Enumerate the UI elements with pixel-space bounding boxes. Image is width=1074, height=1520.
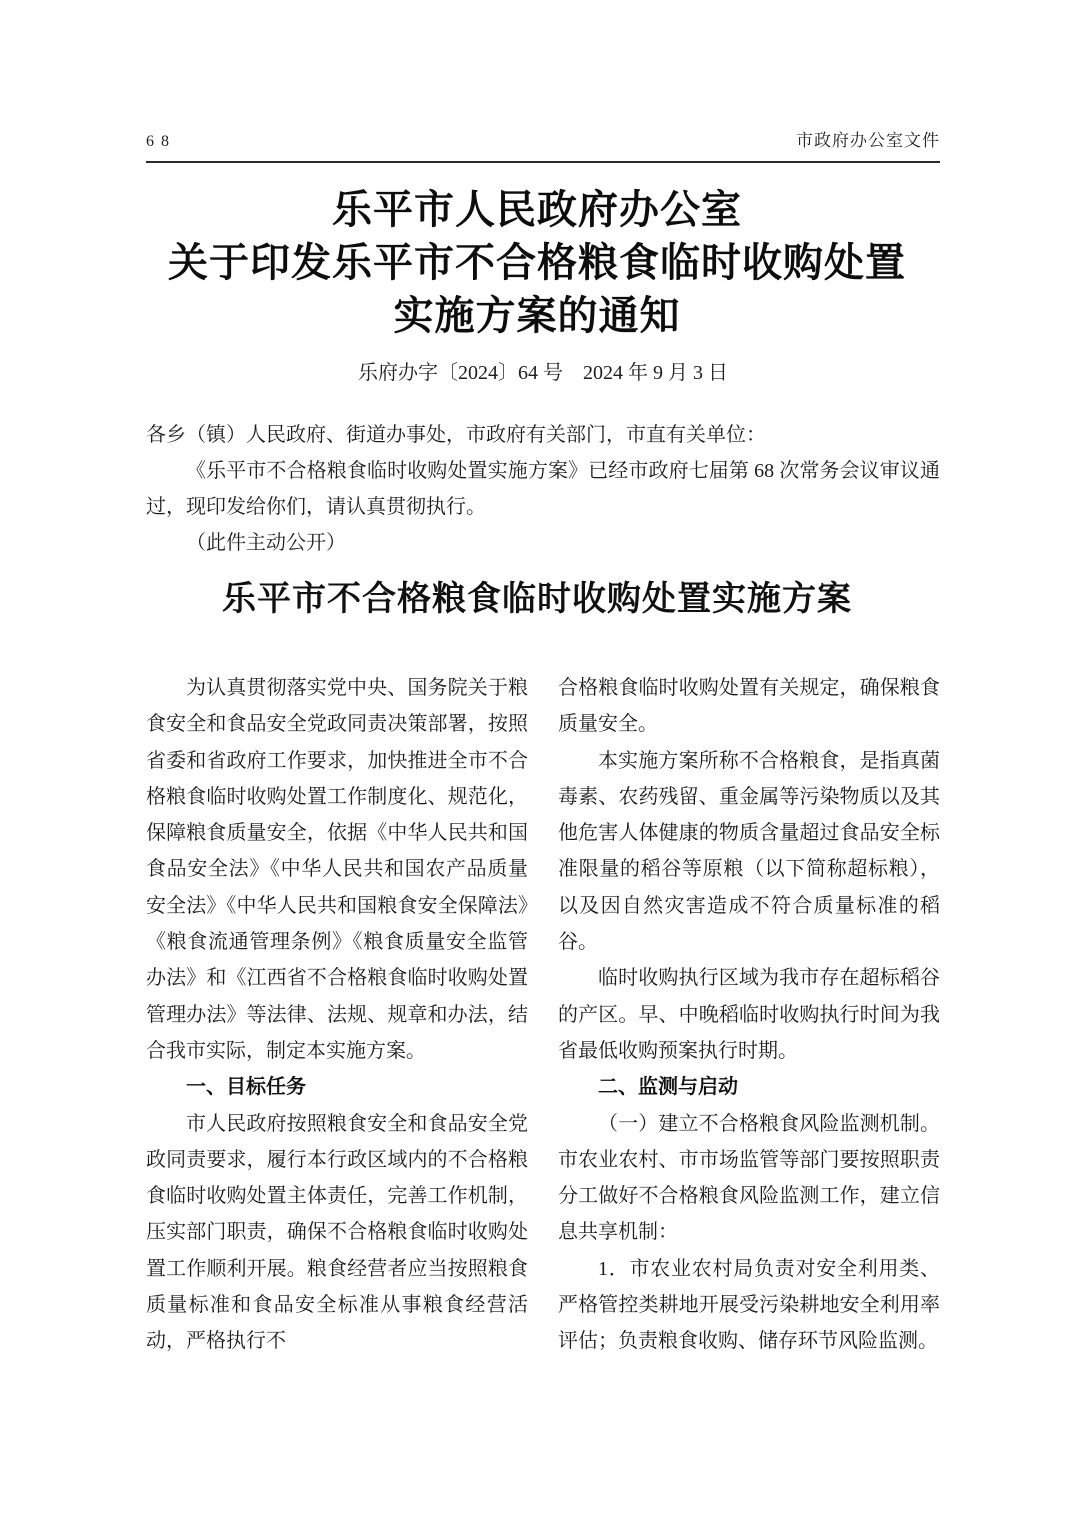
section-heading: 一、目标任务 — [146, 1069, 528, 1105]
body-paragraph: 为认真贯彻落实党中央、国务院关于粮食安全和食品安全党政同责决策部署，按照省委和省… — [146, 670, 528, 1069]
body-paragraph: 市人民政府按照粮食安全和食品安全党政同责要求，履行本行政区域内的不合格粮食临时收… — [146, 1106, 528, 1360]
notice-salutation: 各乡（镇）人民政府、街道办事处，市政府有关部门，市直有关单位： — [146, 417, 940, 453]
header-rule — [146, 161, 940, 163]
title-line-2: 关于印发乐平市不合格粮食临时收购处置 — [67, 236, 1007, 289]
title-line-1: 乐平市人民政府办公室 — [67, 183, 1007, 236]
title-line-3: 实施方案的通知 — [67, 289, 1007, 342]
header-doc-type: 市政府办公室文件 — [796, 126, 940, 151]
body-paragraph: 1．市农业农村局负责对安全利用类、严格管控类耕地开展受污染耕地安全利用率评估；负… — [558, 1251, 940, 1360]
document-page: 68 市政府办公室文件 乐平市人民政府办公室 关于印发乐平市不合格粮食临时收购处… — [0, 0, 1074, 1520]
document-title: 乐平市人民政府办公室 关于印发乐平市不合格粮食临时收购处置 实施方案的通知 — [67, 183, 1007, 342]
right-column: 合格粮食临时收购处置有关规定，确保粮食质量安全。本实施方案所称不合格粮食，是指真… — [558, 670, 940, 1360]
doc-number-line: 乐府办字〔2024〕64 号 2024 年 9 月 3 日 — [146, 356, 940, 390]
page-number: 68 — [146, 133, 176, 151]
plan-title: 乐平市不合格粮食临时收购处置实施方案 — [67, 577, 1007, 621]
left-column: 为认真贯彻落实党中央、国务院关于粮食安全和食品安全党政同责决策部署，按照省委和省… — [146, 670, 528, 1360]
body-paragraph: 本实施方案所称不合格粮食，是指真菌毒素、农药残留、重金属等污染物质以及其他危害人… — [558, 743, 940, 961]
body-paragraph: 临时收购执行区域为我市存在超标稻谷的产区。早、中晚稻临时收购执行时间为我省最低收… — [558, 960, 940, 1069]
body-paragraph: 合格粮食临时收购处置有关规定，确保粮食质量安全。 — [558, 670, 940, 743]
notice-block: 各乡（镇）人民政府、街道办事处，市政府有关部门，市直有关单位： 《乐平市不合格粮… — [146, 417, 940, 561]
clause-lead: （一）建立不合格粮食风险监测机制。 — [598, 1113, 940, 1135]
body-paragraph: （一）建立不合格粮食风险监测机制。市农业农村、市市场监管等部门要按照职责分工做好… — [558, 1106, 940, 1251]
section-heading: 二、监测与启动 — [558, 1069, 940, 1105]
page-header: 68 市政府办公室文件 — [146, 126, 940, 151]
notice-body: 《乐平市不合格粮食临时收购处置实施方案》已经市政府七届第 68 次常务会议审议通… — [146, 453, 940, 525]
notice-disclosure: （此件主动公开） — [146, 525, 940, 561]
